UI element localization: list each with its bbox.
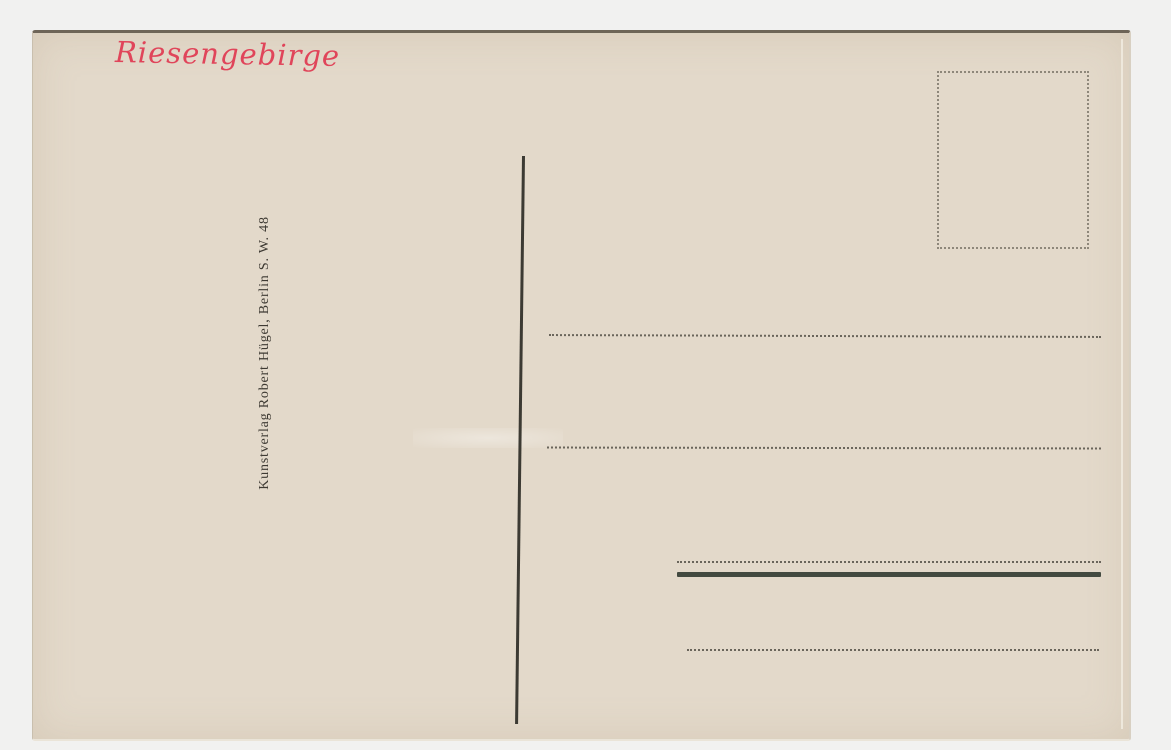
paper-crease: [413, 428, 563, 448]
address-line-1: [549, 334, 1101, 338]
stamp-box: [937, 71, 1089, 249]
address-underline-thick: [677, 572, 1101, 577]
handwritten-note: Riesengebirge: [115, 35, 341, 73]
address-line-2: [547, 447, 1101, 450]
address-line-4: [687, 649, 1099, 651]
postcard-back: Riesengebirge Kunstverlag Robert Hügel, …: [32, 30, 1131, 741]
address-line-3: [677, 561, 1101, 563]
publisher-imprint: Kunstverlag Robert Hügel, Berlin S. W. 4…: [257, 123, 273, 583]
